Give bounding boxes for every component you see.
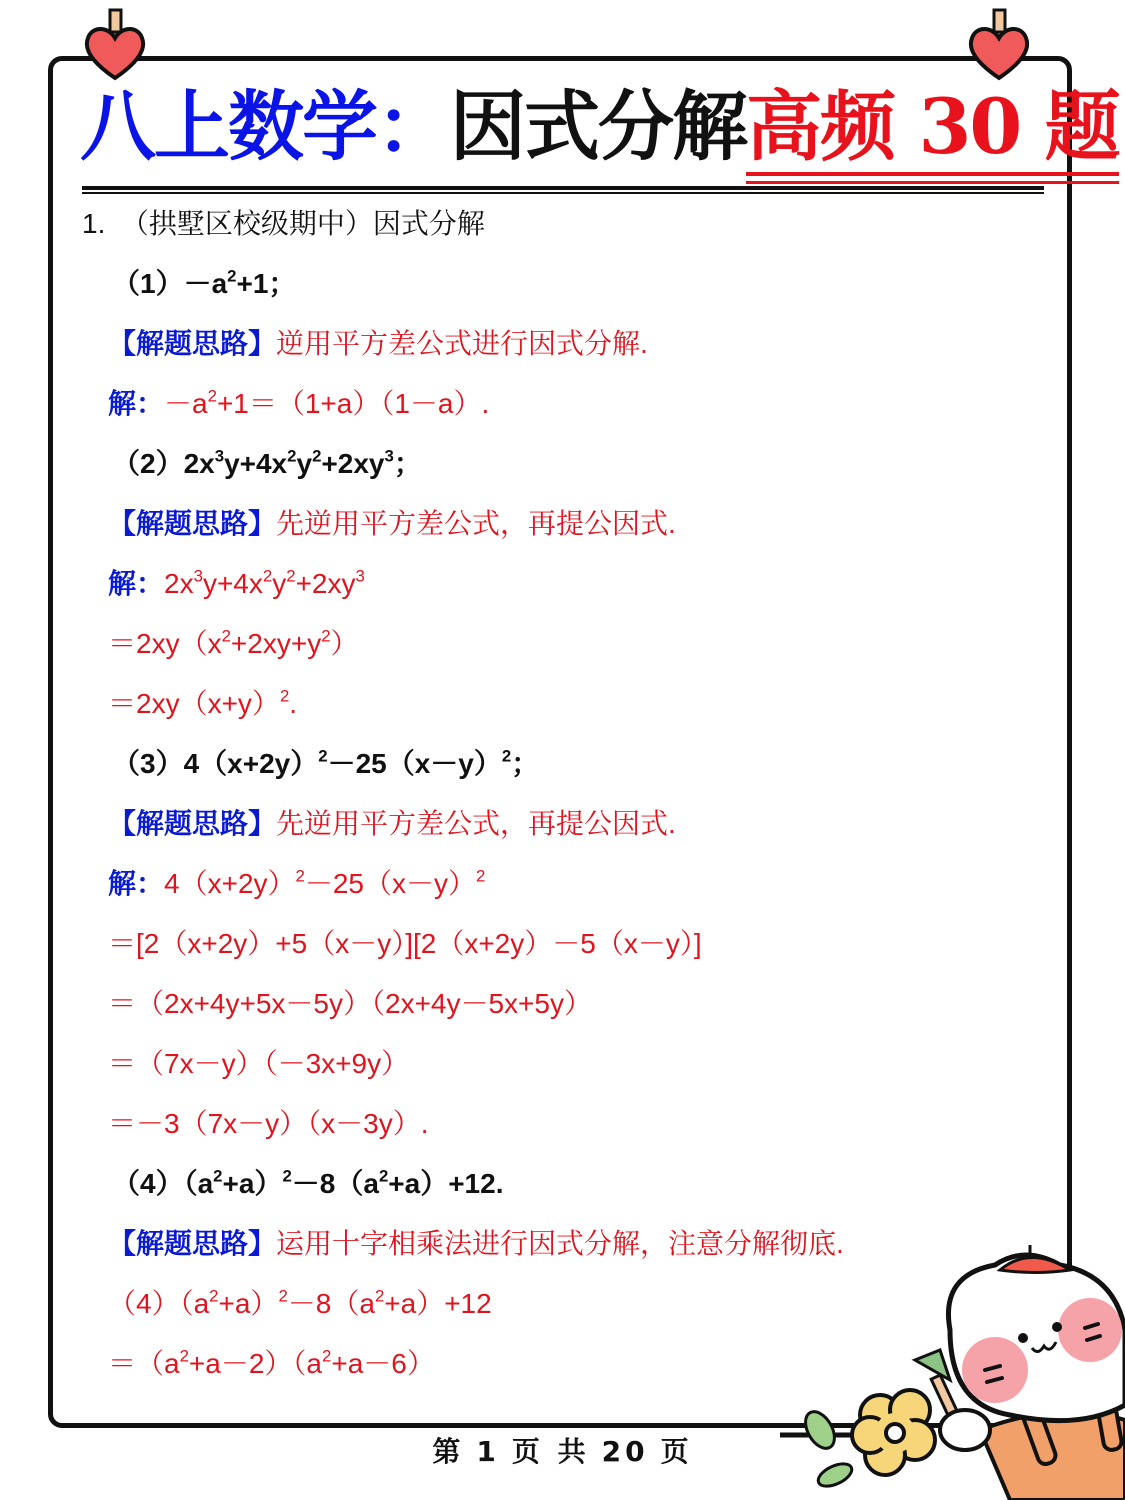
title-underline: [746, 181, 1119, 184]
footer-prefix: 第: [432, 1435, 464, 1468]
solution-3-step-1: 解：4（x+2y）2－25（x－y）2: [108, 864, 485, 904]
sub-question-3: （3）4（x+2y）2－25（x－y）2；: [112, 744, 539, 784]
total-page-count: 20: [602, 1435, 649, 1468]
title-subject: 八上数学：: [80, 82, 450, 171]
hint-text: 运用十字相乘法进行因式分解，注意分解彻底.: [276, 1228, 844, 1259]
solution-label: 解：: [108, 568, 164, 599]
sub-question-2: （2）2x3y+4x2y2+2xy3；: [112, 444, 422, 484]
solution-2-step-1: 解：2x3y+4x2y2+2xy3: [108, 564, 365, 604]
sub-question-1: （1）－a2+1；: [112, 264, 296, 304]
sub-question-4: （4）（a2+a）2－8（a2+a）+12.: [112, 1164, 503, 1204]
solution-2-step-2: ＝2xy（x2+2xy+y2）: [108, 624, 359, 664]
solution-4-step-2: ＝（a2+a－2）（a2+a－6）: [108, 1344, 435, 1384]
heart-pin-icon: [80, 6, 150, 86]
solution-label: 解：: [108, 868, 164, 899]
title-underline: [746, 172, 1119, 176]
hint-4: 【解题思路】运用十字相乘法进行因式分解，注意分解彻底.: [108, 1224, 844, 1264]
hint-text: 先逆用平方差公式，再提公因式.: [276, 508, 676, 539]
title-divider: [82, 192, 1044, 194]
hint-label: 【解题思路】: [108, 808, 276, 839]
hint-text: 先逆用平方差公式，再提公因式.: [276, 808, 676, 839]
solution-3-step-4: ＝（7x－y）（－3x+9y）: [108, 1044, 409, 1084]
page-frame: [48, 56, 1072, 1428]
hint-3: 【解题思路】先逆用平方差公式，再提公因式.: [108, 804, 676, 844]
solution-1-step-1: 解：－a2+1＝（1+a）（1－a）.: [108, 384, 489, 424]
question-header: 1. （拱墅区校级期中）因式分解: [82, 204, 485, 244]
solution-2-step-3: ＝2xy（x+y）2.: [108, 684, 297, 724]
solution-3-step-3: ＝（2x+4y+5x－5y）（2x+4y－5x+5y）: [108, 984, 592, 1024]
solution-4-step-1: （4）（a2+a）2－8（a2+a）+12: [108, 1284, 492, 1324]
hint-label: 【解题思路】: [108, 1228, 276, 1259]
hint-label: 【解题思路】: [108, 328, 276, 359]
hint-1: 【解题思路】逆用平方差公式进行因式分解.: [108, 324, 648, 364]
title-highlight: 高频 30 题: [746, 82, 1119, 172]
solution-3-step-5: ＝－3（7x－y）（x－3y）.: [108, 1104, 429, 1144]
solution-3-step-2: ＝[2（x+2y）+5（x－y）][2（x+2y）－5（x－y）]: [108, 924, 702, 964]
title-highlight-text: 高频 30 题: [746, 82, 1119, 171]
solution-label: 解：: [108, 388, 164, 419]
page-title: 八上数学：因式分解高频 30 题: [80, 82, 1119, 172]
title-divider: [82, 186, 1044, 190]
hint-2: 【解题思路】先逆用平方差公式，再提公因式.: [108, 504, 676, 544]
page-footer: 第1页 共20页: [0, 1430, 1125, 1470]
hint-label: 【解题思路】: [108, 508, 276, 539]
footer-suffix: 页: [661, 1435, 693, 1468]
footer-mid: 页 共: [512, 1435, 590, 1468]
title-topic: 因式分解: [450, 82, 746, 171]
heart-pin-icon: [964, 6, 1034, 86]
hint-text: 逆用平方差公式进行因式分解.: [276, 328, 648, 359]
current-page-number: 1: [476, 1435, 499, 1468]
